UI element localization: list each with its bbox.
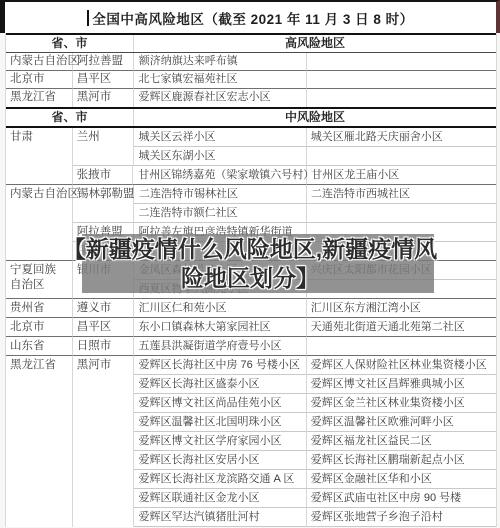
cell-area-1: 爱辉区长海社区安居小区 <box>134 451 307 470</box>
cell-area-2: 甘州区龙王庙小区 <box>307 166 496 185</box>
cell-city <box>73 394 134 413</box>
risk-area-table-page: 全国中高风险地区（截至 2021 年 11 月 3 日 8 时） 省、市高风险地… <box>0 0 500 528</box>
cell-area-1: 额济纳旗达来呼布镇 <box>134 53 307 71</box>
table-row: 爱辉区长海社区盛泰小区爱辉区博文社区昌辉雅典城小区 <box>6 375 496 394</box>
cell-city: 昌平区 <box>73 318 134 337</box>
cell-area-1: 爱辉区长海社区中房 76 号楼小区 <box>134 356 307 375</box>
cell-area-2: 爱辉区人保财险社区林业集资楼小区 <box>307 356 496 375</box>
table-row: 爱辉区联通社区金龙小区爱辉区武庙屯社区中房 90 号楼 <box>6 489 496 508</box>
cell-province: 贵州省 <box>6 299 73 318</box>
cell-city: 兰州 <box>73 128 134 147</box>
cell-area-2 <box>307 337 496 356</box>
cell-city <box>73 470 134 489</box>
section-header-medium_risk: 省、市中风险地区 <box>6 107 496 128</box>
cell-city <box>73 147 134 166</box>
cell-province <box>6 375 73 394</box>
header-province-city: 省、市 <box>6 109 134 126</box>
cell-city: 遵义市 <box>73 299 134 318</box>
cell-city: 锡林郭勒盟 <box>73 185 134 204</box>
cell-area-1: 爱辉区温馨社区北国明珠小区 <box>134 413 307 432</box>
cell-area-2: 爱辉区长海社区鹏瑞新起点小区 <box>307 451 496 470</box>
cell-area-1: 二连浩特市额仁社区 <box>134 204 307 223</box>
table-row: 贵州省遵义市汇川区仁和苑小区汇川区东方湘江湾小区 <box>6 299 496 318</box>
cell-area-1: 城关区东湖小区 <box>134 147 307 166</box>
cell-area-1: 爱辉区博文社区学府家园小区 <box>134 432 307 451</box>
cell-area-1: 爱辉区鹿源春社区宏志小区 <box>134 89 307 107</box>
cell-province: 甘肃 <box>6 128 73 147</box>
header-province-city: 省、市 <box>6 35 134 52</box>
cell-province: 内蒙古自治区 <box>6 185 73 204</box>
cell-province: 山东省 <box>6 337 73 356</box>
cell-province <box>6 204 73 223</box>
page-title: 全国中高风险地区（截至 2021 年 11 月 3 日 8 时） <box>92 8 413 28</box>
cell-province: 黑龙江省 <box>6 89 73 107</box>
cell-city <box>73 375 134 394</box>
cell-area-2 <box>307 147 496 166</box>
header-risk-label: 高风险地区 <box>134 35 496 52</box>
watermark-text: 【新疆疫情什么风险地区,新疆疫情风 险地区划分】 <box>0 235 500 293</box>
cell-area-1: 爱辉区长海社区盛泰小区 <box>134 375 307 394</box>
cell-city <box>73 451 134 470</box>
cell-city: 张掖市 <box>73 166 134 185</box>
table-row: 爱辉区博文社区尚品佳苑小区爱辉区金兰社区林业集资楼小区 <box>6 394 496 413</box>
cell-city: 昌平区 <box>73 71 134 89</box>
cell-province: 黑龙江省 <box>6 356 73 375</box>
table-row: 黑龙江省黑河市爱辉区长海社区中房 76 号楼小区爱辉区人保财险社区林业集资楼小区 <box>6 356 496 375</box>
cell-area-2: 爱辉区张地营子乡泡子沿村 <box>307 508 496 527</box>
table-row: 北京市昌平区北七家镇宏福苑社区 <box>6 71 496 89</box>
table-row: 北京市昌平区东小口镇森林大第家园社区天通苑北街道天通北苑第二社区 <box>6 318 496 337</box>
cell-city <box>73 432 134 451</box>
cell-area-2: 天通苑北街道天通北苑第二社区 <box>307 318 496 337</box>
cell-province <box>6 470 73 489</box>
cell-area-2: 汇川区东方湘江湾小区 <box>307 299 496 318</box>
cell-province <box>6 489 73 508</box>
section-header-high_risk: 省、市高风险地区 <box>6 33 496 53</box>
cell-city: 日照市 <box>73 337 134 356</box>
table-row: 内蒙古自治区锡林郭勒盟二连浩特市锡林社区二连浩特市西城社区 <box>6 185 496 204</box>
table-title-box: 全国中高风险地区（截至 2021 年 11 月 3 日 8 时） <box>0 0 500 33</box>
cell-area-2: 爱辉区金兰社区林业集资楼小区 <box>307 394 496 413</box>
table-row: 山东省日照市五莲县洪凝街道学府壹号小区 <box>6 337 496 356</box>
cell-area-1: 汇川区仁和苑小区 <box>134 299 307 318</box>
cell-city: 阿拉善盟 <box>73 53 134 71</box>
cell-city <box>73 508 134 527</box>
cell-province <box>6 451 73 470</box>
cell-area-2: 爱辉区金融社区华和小区 <box>307 470 496 489</box>
table-row: 张掖市甘州区锦绣嘉苑（梁家墩镇六号村）甘州区龙王庙小区 <box>6 166 496 185</box>
cell-area-1: 爱辉区联通社区金龙小区 <box>134 489 307 508</box>
cell-area-1: 北七家镇宏福苑社区 <box>134 71 307 89</box>
cell-area-2 <box>307 53 496 71</box>
table-row: 二连浩特市额仁社区 <box>6 204 496 223</box>
cell-province <box>6 432 73 451</box>
cell-province <box>6 394 73 413</box>
cell-province: 内蒙古自治区 <box>6 53 73 71</box>
table-row: 爱辉区温馨社区北国明珠小区爱辉区温馨社区欧雅河畔小区 <box>6 413 496 432</box>
cell-area-2: 爱辉区温馨社区欧雅河畔小区 <box>307 413 496 432</box>
cell-area-2 <box>307 71 496 89</box>
cell-area-1: 爱辉区长海社区龙滨路交通 A 区 <box>134 470 307 489</box>
table-row: 爱辉区罕达汽镇猪肚河村爱辉区张地营子乡泡子沿村 <box>6 508 496 527</box>
cell-area-2 <box>307 204 496 223</box>
watermark-line-1: 【新疆疫情什么风险地区,新疆疫情风 <box>0 235 500 264</box>
cell-province <box>6 508 73 527</box>
table-row: 内蒙古自治区阿拉善盟额济纳旗达来呼布镇 <box>6 53 496 71</box>
cell-area-1: 爱辉区罕达汽镇猪肚河村 <box>134 508 307 527</box>
table-row: 爱辉区博文社区学府家园小区爱辉区福龙社区益民二区 <box>6 432 496 451</box>
cell-city: 黑河市 <box>73 356 134 375</box>
cell-area-2: 爱辉区博文社区昌辉雅典城小区 <box>307 375 496 394</box>
cell-area-2: 爱辉区武庙屯社区中房 90 号楼 <box>307 489 496 508</box>
watermark-line-2: 险地区划分】 <box>0 264 500 293</box>
header-risk-label: 中风险地区 <box>134 109 496 126</box>
cell-province: 北京市 <box>6 71 73 89</box>
cell-city: 黑河市 <box>73 89 134 107</box>
cell-province: 北京市 <box>6 318 73 337</box>
cell-province <box>6 413 73 432</box>
cell-area-1: 五莲县洪凝街道学府壹号小区 <box>134 337 307 356</box>
cell-area-1: 爱辉区博文社区尚品佳苑小区 <box>134 394 307 413</box>
cell-area-2 <box>307 89 496 107</box>
cell-area-1: 城关区云祥小区 <box>134 128 307 147</box>
cell-city <box>73 413 134 432</box>
cell-province <box>6 166 73 185</box>
cell-city <box>73 204 134 223</box>
cell-province <box>6 147 73 166</box>
table-row: 爱辉区长海社区龙滨路交通 A 区爱辉区金融社区华和小区 <box>6 470 496 489</box>
table-row: 甘肃兰州城关区云祥小区城关区雁北路天庆丽舍小区 <box>6 128 496 147</box>
cell-area-2: 爱辉区福龙社区益民二区 <box>307 432 496 451</box>
text-cursor <box>87 10 89 26</box>
cell-city <box>73 489 134 508</box>
cell-area-2: 二连浩特市西城社区 <box>307 185 496 204</box>
cell-area-1: 二连浩特市锡林社区 <box>134 185 307 204</box>
table-row: 黑龙江省黑河市爱辉区鹿源春社区宏志小区 <box>6 89 496 107</box>
cell-area-1: 甘州区锦绣嘉苑（梁家墩镇六号村） <box>133 166 307 185</box>
cell-area-1: 东小口镇森林大第家园社区 <box>134 318 307 337</box>
table-row: 城关区东湖小区 <box>6 147 496 166</box>
table-row: 爱辉区长海社区安居小区爱辉区长海社区鹏瑞新起点小区 <box>6 451 496 470</box>
cell-area-2: 城关区雁北路天庆丽舍小区 <box>307 128 496 147</box>
